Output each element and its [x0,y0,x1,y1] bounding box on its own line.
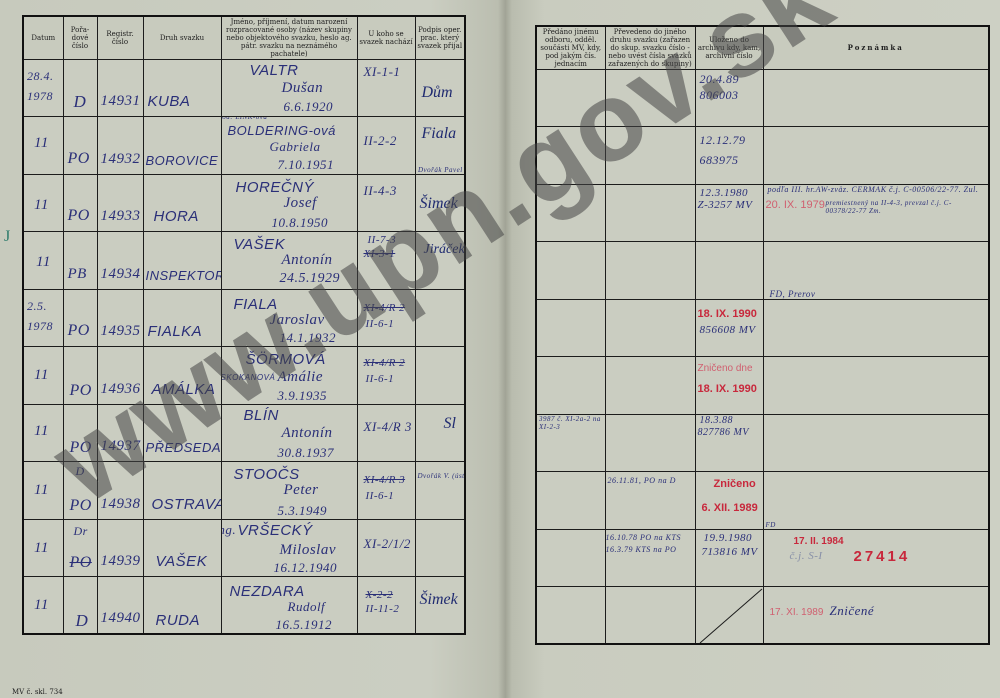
cell-poradove: PO [68,207,90,225]
cell-ulozeno-date: 20.4.89 [700,72,740,87]
header-datum: Datum [23,16,63,59]
table-row: 20.4.89 806003 [536,69,989,127]
cell-poradove: PO [70,554,92,572]
cell-jmeno: Jaroslav [270,312,325,329]
cell-prijmeni: NEZDARA [230,583,305,600]
cell-druh: BOROVICE II [146,153,222,168]
cell-prijmeni: VAŠEK [234,236,286,253]
cell-prijmeni: VRŠECKÝ [238,522,313,539]
cell-druh: INSPEKTOR [146,268,222,283]
cell-druh: VAŠEK [156,553,208,570]
header-registr-cislo: Registr. číslo [97,16,143,59]
cell-narozen: 3.9.1935 [278,388,328,404]
cell-ulozeno-date: 12.3.1980 [700,187,749,199]
date-stamp: 18. IX. 1990 [698,383,757,395]
table-row: 28.4. 1978 D 14931 KUBA VALTR Dušan 6.6.… [23,59,465,117]
destroyed-stamp-label: Zničeno dne [698,363,753,374]
register-table-left: Datum Pořa-dové číslo Registr. číslo Dru… [22,15,466,635]
cell-jmeno: Rudolf [288,599,326,615]
cell-poznamka: FD [766,521,776,529]
cell-poradove: PB [68,266,87,283]
table-row: 11 PO 14932 BOROVICE II 26.6.79 pod: LIN… [23,117,465,175]
date-stamp: 17. II. 1984 [794,536,844,547]
cell-narozen: 7.10.1951 [278,157,335,173]
cell-podpis-signature: Sl [444,415,456,433]
cell-u-koho-old: XI-4/R 2 [364,302,406,314]
cell-prijmeni: ŠÖRMOVÁ [246,351,326,368]
cell-narozen: 24.5.1929 [280,271,341,287]
cell-u-koho: XI-1-1 [364,64,401,80]
cell-registr: 14938 [101,496,141,513]
table-row: 3987 č. XI-2a-2 na XI-2-3 18.3.88 827786… [536,414,989,472]
header-poznamka: Poznámka [763,26,989,69]
table-row: 12.3.1980 Z-3257 MV podľa III. hr.AW-zvä… [536,184,989,242]
cell-u-koho-old: XI-4/R 2 [364,357,406,369]
cell-registr: 14936 [101,381,141,398]
margin-mark: J [4,228,10,246]
cell-note-above: 26.6.79 pod: LINK-ová [221,117,267,122]
cell-narozen: 10.8.1950 [272,215,329,231]
cell-datum: 28.4. 1978 [27,66,61,106]
cell-datum: 11 [34,197,49,214]
header-row: Předáno jinému odboru, odděl. součásti M… [536,26,989,69]
cell-registr: 14940 [101,610,141,627]
table-row: 17. XI. 1989 Zničené [536,587,989,645]
cell-datum: 11 [34,135,49,152]
cell-jmeno: Miloslav [280,542,337,559]
cell-ulozeno-number: 806003 [700,88,739,103]
cell-prijmeni: FIALA [234,296,278,313]
header-druh-svazku: Druh svazku [143,16,221,59]
table-row: Zničeno dne 18. IX. 1990 [536,357,989,415]
cell-poradove: D [76,611,89,631]
header-prevedeno: Převedeno do jiného druhu svazku (zařaze… [605,26,695,69]
cell-prijmeni: HOREČNÝ [236,179,315,196]
cell-registr: 14933 [101,208,141,225]
cell-poznamka: č.j. S-I [790,550,823,562]
cell-podpis-signature: Šimek [420,591,458,609]
cell-poradove: PO [70,497,92,515]
cell-ulozeno-number: 683975 [700,153,739,168]
cell-u-koho-old: XI-4/R 3 [364,474,406,486]
cell-prijmeni: VALTR [250,62,299,79]
cell-prijmeni: BOLDERING-ová [228,123,336,138]
cancel-diagonal-line [696,587,764,644]
cell-u-koho: II-7-3 [368,234,397,246]
cell-poznamka: FD, Prerov [770,289,816,299]
cell-druh: KUBA [148,93,191,110]
cell-u-koho-old: XI-3-1 [364,248,396,260]
cell-narozen: 16.5.1912 [276,617,333,633]
table-row: 18. IX. 1990 856608 MV [536,299,989,357]
cell-u-koho: II-6-1 [366,373,395,385]
table-row: 16.10.78 PO na KTS 16.3.79 KTS na PO 19.… [536,529,989,587]
cell-ulozeno-number: 713816 MV [702,546,758,558]
cell-podpis-signature: Fiala [422,125,457,143]
table-row: 11 D 14940 RUDA NEZDARA Rudolf 16.5.1912… [23,577,465,635]
cell-prijmeni: BLÍN [244,407,279,424]
table-row: FD, Prerov [536,242,989,300]
cell-registr: 14937 [101,438,141,455]
table-row: 11 PO 14936 AMÁLKA ŠÖRMOVÁ SKOKANOVÁ Amá… [23,347,465,405]
date-stamp: 6. XII. 1989 [702,502,758,514]
cell-maiden-name: SKOKANOVÁ [221,373,275,382]
book-spine [498,0,512,698]
table-row: 11 PB 14934 INSPEKTOR VAŠEK Antonín 24.5… [23,232,465,290]
cell-poradove: PO [70,439,92,457]
cell-narozen: 14.1.1932 [280,330,337,346]
table-row: 11 PO 14933 HORA HOREČNÝ Josef 10.8.1950… [23,174,465,232]
cell-ulozeno-number: 827786 MV [698,427,749,438]
cell-registr: 14934 [101,266,141,283]
cell-u-koho: XI-2/1/2 [364,536,411,552]
cell-poznamka: Zničené [830,603,875,619]
cell-druh: FIALKA [148,323,203,340]
header-predano: Předáno jinému odboru, odděl. součásti M… [536,26,605,69]
cell-jmeno: Antonín [282,425,333,442]
cell-podpis-note: p. Dvořák Pavel [415,166,463,174]
cell-ulozeno-date: 18.3.88 [700,415,734,426]
cell-jmeno: Amálie [278,369,324,386]
table-row: 11 D PO 14938 OSTRAVAN STOOČS Peter 5.3.… [23,462,465,520]
cell-druh: AMÁLKA [152,381,216,398]
archive-number-stamp: 27414 [854,548,911,565]
cell-u-koho: II-6-1 [366,318,395,330]
cell-datum: 11 [34,482,49,499]
cell-narozen: 16.12.1940 [274,560,338,576]
cell-podpis-signature: Dům [422,84,453,102]
cell-title-prefix: Ing. [221,522,236,538]
cell-poradove: D [74,92,87,112]
cell-ulozeno-date: 19.9.1980 [704,532,753,544]
date-stamp: 18. IX. 1990 [698,308,757,320]
cell-podpis-signature: Šimek [420,195,458,213]
cell-prevedeno: 16.10.78 PO na KTS 16.3.79 KTS na PO [606,532,694,556]
cell-datum: 11 [34,423,49,440]
cell-podpis-note: Dvořák V. (ústní) [418,472,466,480]
cell-narozen: 30.8.1937 [278,445,335,461]
cell-u-koho: XI-4/R 3 [364,419,412,435]
header-ulozeno: Uloženo do archivu kdy, kam, archivní čí… [695,26,763,69]
table-row: 11 Dr PO 14939 VAŠEK Ing. VRŠECKÝ Milosl… [23,519,465,577]
cell-jmeno: Josef [284,195,317,212]
cell-ulozeno-number: 856608 MV [700,324,756,336]
cell-u-koho: II-6-1 [366,490,395,502]
cell-datum: 11 [34,597,49,614]
header-podpis: Podpis oper. prac. který svazek přijal [415,16,465,59]
cell-registr: 14935 [101,323,141,340]
cell-datum: 11 [34,540,49,557]
cell-jmeno: Dušan [282,80,324,97]
register-table-right: Předáno jinému odboru, odděl. součásti M… [535,25,990,645]
cell-datum: 11 [34,367,49,384]
cell-registr: 14932 [101,151,141,168]
cell-jmeno: Antonín [282,252,333,269]
header-poradove-cislo: Pořa-dové číslo [63,16,97,59]
cell-poradove-correction: D [76,464,85,479]
cell-narozen: 5.3.1949 [278,503,328,519]
cell-poznamka-2: premiestnený na II-4-3, prevzal č.j. C-0… [826,199,976,215]
header-row: Datum Pořa-dové číslo Registr. číslo Dru… [23,16,465,59]
form-number: MV č. skl. 734 [12,688,63,696]
cell-druh: RUDA [156,612,201,629]
header-u-koho: U koho se svazek nachází [357,16,415,59]
cell-ulozeno-number: Z-3257 MV [698,199,753,211]
table-row: 2.5. 1978 PO 14935 FIALKA FIALA Jaroslav… [23,289,465,347]
cell-datum: 2.5. 1978 [27,296,61,336]
header-jmeno: Jméno, příjmení, datum narození rozpraco… [221,16,357,59]
destroyed-stamp-label: Zničeno [714,478,756,490]
cell-ulozeno-date: 12.12.79 [700,133,746,148]
cell-prijmeni: STOOČS [234,466,300,483]
cell-narozen: 6.6.1920 [284,99,334,115]
cell-predano: 3987 č. XI-2a-2 na XI-2-3 [539,415,601,431]
cell-poznamka: podľa III. hr.AW-zväz. CERMAK č.j. C-005… [768,185,979,194]
cell-datum: 11 [36,254,51,271]
date-stamp: 17. XI. 1989 [770,607,824,618]
cell-registr: 14931 [101,93,141,110]
cell-prevedeno: 26.11.81, PO na D [608,476,676,485]
cell-u-koho: II-4-3 [364,183,397,199]
table-row: 26.11.81, PO na D Zničeno 6. XII. 1989 F… [536,472,989,530]
cell-druh: PŘEDSEDA [146,440,222,455]
cell-u-koho: II-11-2 [366,603,400,615]
cell-poradove: PO [68,150,90,168]
cell-registr: 14939 [101,553,141,570]
cell-u-koho: II-2-2 [364,133,397,149]
cell-poradove-correction: Dr [74,524,88,539]
cell-poradove: PO [68,322,90,340]
cell-podpis-signature: Jiráček [424,242,465,258]
cell-jmeno: Peter [284,482,319,499]
cell-druh: HORA [154,208,199,225]
table-row: 12.12.79 683975 [536,127,989,185]
cell-poradove: PO [70,382,92,400]
cell-u-koho-old: X-2-2 [366,589,394,601]
table-row: 11 PO 14937 PŘEDSEDA BLÍN Antonín 30.8.1… [23,404,465,462]
cell-jmeno: Gabriela [270,139,321,155]
cell-druh: OSTRAVAN [152,496,222,513]
date-stamp: 20. IX. 1979 [766,199,825,211]
